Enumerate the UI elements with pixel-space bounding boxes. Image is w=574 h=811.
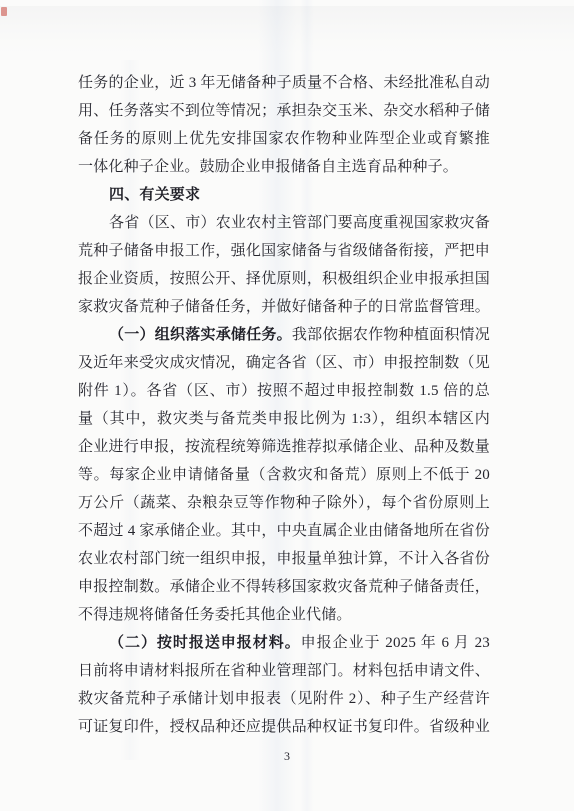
text-line: 万公斤（蔬菜、杂粮杂豆等作物种子除外），每个省份原则上 (78, 489, 490, 517)
text-line: 报企业资质，按照公开、择优原则，积极组织企业申报承担国 (78, 265, 490, 293)
text-line: 不超过 4 家承储企业。其中，中央直属企业由储备地所在省份 (78, 517, 490, 545)
text-segment: 日前将申请材料报所在省种业管理部门。材料包括申请文件、 (78, 663, 490, 679)
page-number: 3 (0, 749, 574, 764)
text-line: 附件 1）。各省（区、市）按照不超过申报控制数 1.5 倍的总 (78, 377, 490, 405)
text-line: 一体化种子企业。鼓励企业申报储备自主选育品种种子。 (78, 153, 490, 181)
text-segment: 不得违规将储备任务委托其他企业代储。 (78, 607, 352, 623)
text-line: 量（其中，救灾类与备荒类申报比例为 1:3），组织本辖区内 (78, 405, 490, 433)
text-line: 不得违规将储备任务委托其他企业代储。 (78, 601, 490, 629)
text-segment: 任务的企业，近 3 年无储备种子质量不合格、未经批准私自动 (78, 75, 490, 91)
text-segment: 农业农村部门统一组织申报，申报量单独计算，不计入各省份 (78, 551, 490, 567)
text-line: 备任务的原则上优先安排国家农作物种业阵型企业或育繁推 (78, 125, 490, 153)
text-line: 任务的企业，近 3 年无储备种子质量不合格、未经批准私自动 (78, 69, 490, 97)
text-segment: 救灾备荒种子承储计划申报表（见附件 2）、种子生产经营许 (78, 691, 490, 707)
text-segment: 备任务的原则上优先安排国家农作物种业阵型企业或育繁推 (78, 131, 490, 147)
text-line: 及近年来受灾成灾情况，确定各省（区、市）申报控制数（见 (78, 349, 490, 377)
document-body: 任务的企业，近 3 年无储备种子质量不合格、未经批准私自动用、任务落实不到位等情… (78, 69, 490, 741)
text-segment: 等。每家企业申请储备量（含救灾和备荒）原则上不低于 20 (78, 467, 490, 483)
text-line: 荒种子储备申报工作，强化国家储备与省级储备衔接，严把申 (78, 237, 490, 265)
bold-text-segment: （一）组织落实承储任务。 (109, 327, 292, 343)
scan-smudge (0, 6, 574, 54)
text-segment: 报企业资质，按照公开、择优原则，积极组织企业申报承担国 (78, 271, 490, 287)
text-segment: 家救灾备荒种子储备任务，并做好储备种子的日常监督管理。 (78, 299, 490, 315)
text-line: 企业进行申报，按流程统筹筛选推荐拟承储企业、品种及数量 (78, 433, 490, 461)
text-segment: 附件 1）。各省（区、市）按照不超过申报控制数 1.5 倍的总 (78, 383, 490, 399)
text-segment: 各省（区、市）农业农村主管部门要高度重视国家救灾备 (109, 215, 490, 231)
text-line: 等。每家企业申请储备量（含救灾和备荒）原则上不低于 20 (78, 461, 490, 489)
text-segment: 申报控制数。承储企业不得转移国家救灾备荒种子储备责任， (78, 579, 490, 595)
text-segment: 可证复印件，授权品种还应提供品种权证书复印件。省级种业 (78, 719, 490, 735)
text-line: 农业农村部门统一组织申报，申报量单独计算，不计入各省份 (78, 545, 490, 573)
scanned-document-page: 任务的企业，近 3 年无储备种子质量不合格、未经批准私自动用、任务落实不到位等情… (0, 0, 574, 811)
text-segment: 申报企业于 2025 年 6 月 23 (301, 635, 490, 651)
red-edge-mark (1, 7, 7, 16)
text-line: 日前将申请材料报所在省种业管理部门。材料包括申请文件、 (78, 657, 490, 685)
text-segment: 荒种子储备申报工作，强化国家储备与省级储备衔接，严把申 (78, 243, 490, 259)
text-line: 救灾备荒种子承储计划申报表（见附件 2）、种子生产经营许 (78, 685, 490, 713)
bold-text-segment: 四、有关要求 (109, 187, 200, 203)
text-segment: 企业进行申报，按流程统筹筛选推荐拟承储企业、品种及数量 (78, 439, 490, 455)
text-segment: 用、任务落实不到位等情况；承担杂交玉米、杂交水稻种子储 (78, 103, 490, 119)
text-line: 各省（区、市）农业农村主管部门要高度重视国家救灾备 (78, 209, 490, 237)
text-segment: 及近年来受灾成灾情况，确定各省（区、市）申报控制数（见 (78, 355, 490, 371)
text-segment: 不超过 4 家承储企业。其中，中央直属企业由储备地所在省份 (78, 523, 490, 539)
text-segment: 一体化种子企业。鼓励企业申报储备自主选育品种种子。 (78, 159, 458, 175)
text-line: 可证复印件，授权品种还应提供品种权证书复印件。省级种业 (78, 713, 490, 741)
text-line: （二）按时报送申报材料。申报企业于 2025 年 6 月 23 (78, 629, 490, 657)
text-segment: 万公斤（蔬菜、杂粮杂豆等作物种子除外），每个省份原则上 (78, 495, 490, 511)
text-line: 家救灾备荒种子储备任务，并做好储备种子的日常监督管理。 (78, 293, 490, 321)
text-segment: 我部依据农作物种植面积情况 (292, 327, 490, 343)
bold-text-segment: （二）按时报送申报材料。 (109, 635, 301, 651)
text-line: 四、有关要求 (78, 181, 490, 209)
text-line: 用、任务落实不到位等情况；承担杂交玉米、杂交水稻种子储 (78, 97, 490, 125)
text-line: （一）组织落实承储任务。我部依据农作物种植面积情况 (78, 321, 490, 349)
text-line: 申报控制数。承储企业不得转移国家救灾备荒种子储备责任， (78, 573, 490, 601)
text-segment: 量（其中，救灾类与备荒类申报比例为 1:3），组织本辖区内 (78, 411, 490, 427)
